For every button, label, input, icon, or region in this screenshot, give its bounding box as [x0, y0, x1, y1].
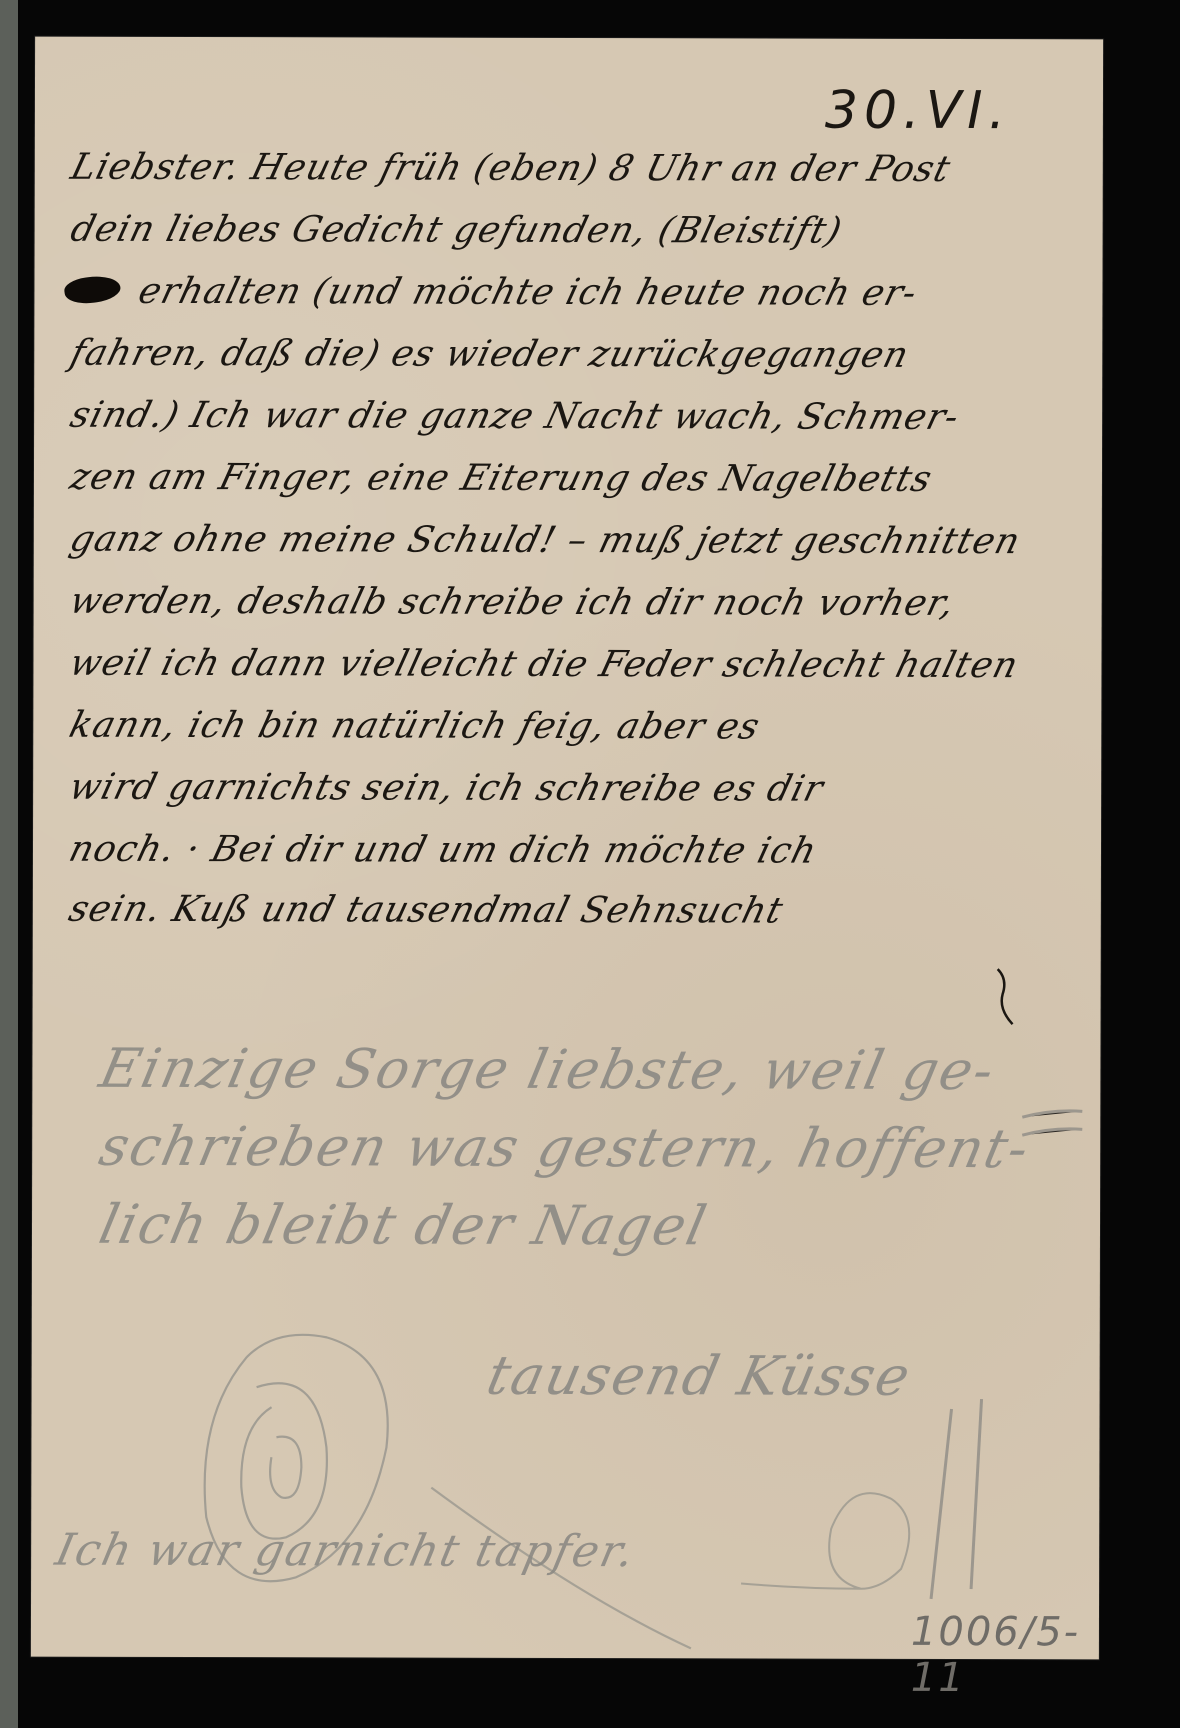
ink-line: zen am Finger, eine Eiterung des Nagelbe…	[66, 457, 937, 500]
ink-line: sind.) Ich war die ganze Nacht wach, Sch…	[66, 395, 964, 438]
scanner-edge-strip	[0, 0, 18, 1728]
postcard: 30.VI. Liebster. Heute früh (eben) 8 Uhr…	[31, 37, 1103, 1660]
ink-signature-line: sein. Kuß und tausendmal Sehnsucht	[65, 889, 788, 932]
crossed-out-word	[63, 273, 122, 306]
pencil-line: lich bleibt der Nagel	[94, 1193, 714, 1258]
letter-date: 30.VI.	[825, 81, 1011, 141]
ink-line: wird garnichts sein, ich schreibe es dir	[65, 767, 828, 810]
ink-line: ganz ohne meine Schuld! – muß jetzt gesc…	[66, 519, 1025, 562]
ink-line: fahren, daß die) es wieder zurückgegange…	[66, 333, 913, 376]
ink-line: weil ich dann vielleicht die Feder schle…	[65, 643, 1022, 686]
pencil-signature: tausend Küsse	[482, 1344, 918, 1408]
archive-number: 1006/5-11	[911, 1609, 1099, 1701]
ink-line: kann, ich bin natürlich feig, aber es	[65, 705, 764, 748]
ink-line: erhalten (und möchte ich heute noch er-	[134, 271, 921, 314]
pencil-line: schrieben was gestern, hoffent-	[94, 1115, 1036, 1180]
ink-line: Liebster. Heute früh (eben) 8 Uhr an der…	[67, 147, 955, 190]
scan-canvas: 30.VI. Liebster. Heute früh (eben) 8 Uhr…	[0, 0, 1180, 1728]
ink-line: werden, deshalb schreibe ich dir noch vo…	[66, 581, 960, 624]
pencil-postscript: Ich war garnicht tapfer.	[51, 1525, 640, 1577]
ink-line: dein liebes Gedicht gefunden, (Bleistift…	[67, 209, 847, 252]
pencil-line: Einzige Sorge liebste, weil ge-	[94, 1037, 1001, 1102]
ink-line: noch. · Bei dir und um dich möchte ich	[65, 829, 821, 872]
